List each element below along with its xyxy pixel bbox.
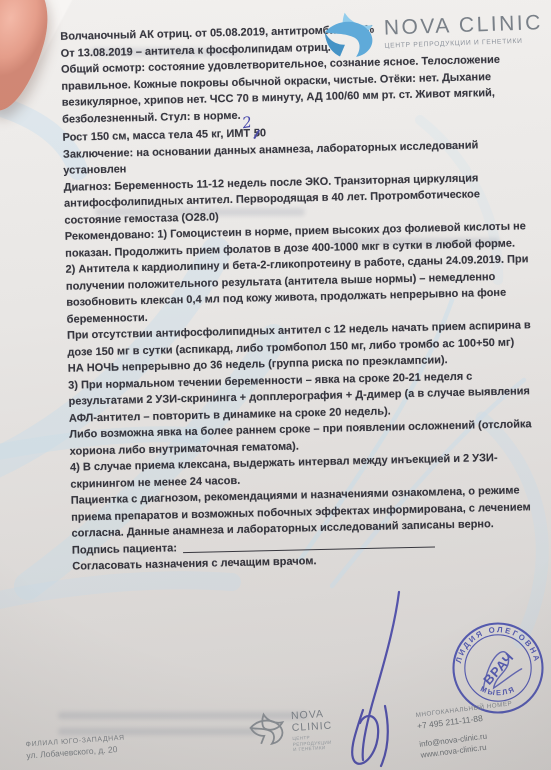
footer-branch-block: ФИЛИАЛ ЮГО-ЗАПАДНАЯ ул. Лобачевского, д.…	[25, 735, 125, 761]
photographed-medical-report: NOVA CLINIC ЦЕНТР РЕПРОДУКЦИИ И ГЕНЕТИКИ…	[0, 0, 551, 770]
doctor-signature	[335, 588, 430, 770]
dove-outline-icon	[247, 710, 287, 746]
bleed-through	[58, 728, 258, 735]
footer-contact-block: МНОГОКАНАЛЬНЫЙ НОМЕР +7 495 211-11-88 in…	[415, 700, 517, 760]
patient-signature-label: Подпись пациента:	[72, 542, 177, 556]
struck-printed-bmi: 50	[254, 125, 267, 142]
footer-clinic-name: NOVA CLINIC	[291, 707, 338, 734]
svg-text:МЫЕЛЯ: МЫЕЛЯ	[479, 684, 517, 697]
handwritten-bmi-correction: 2	[241, 114, 253, 132]
report-body: Волчаночный АК отриц. от 05.08.2019, ант…	[0, 0, 551, 577]
consent-paragraph: Пациентка с диагнозом, рекомендациями и …	[71, 482, 537, 542]
recommendation-2: 2) Антитела к кардиолипину и бета-2-глик…	[65, 251, 531, 328]
stamp-arc-bottom: МЫЕЛЯ	[479, 684, 517, 697]
clinic-logo-footer: NOVA CLINIC ЦЕНТР РЕПРОДУКЦИИ И ГЕНЕТИКИ	[247, 707, 339, 755]
clinic-name: NOVA CLINIC	[383, 11, 543, 41]
clinic-logo-header: NOVA CLINIC ЦЕНТР РЕПРОДУКЦИИ И ГЕНЕТИКИ	[319, 2, 544, 60]
stamp-center-text: ВРАЧ	[480, 649, 517, 687]
dove-icon	[319, 8, 379, 60]
general-exam-paragraph: Общий осмотр: состояние удовлетворительн…	[61, 51, 527, 128]
footer-clinic-tagline: ЦЕНТР РЕПРОДУКЦИИ И ГЕНЕТИКИ	[292, 733, 337, 752]
